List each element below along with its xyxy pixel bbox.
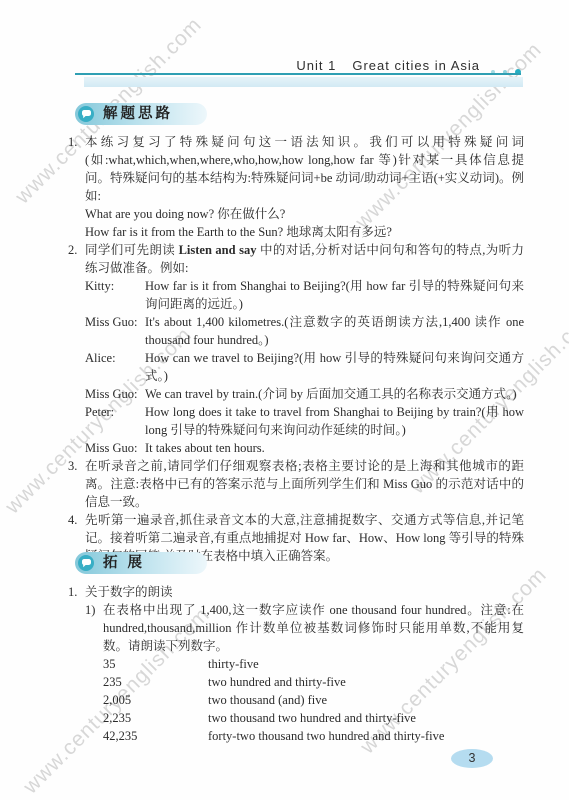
item-number: 4. xyxy=(68,511,77,529)
reading: thirty-five xyxy=(208,655,259,673)
list-item: 2. 同学们可先朗读 Listen and say 中的对话,分析对话中问句和答… xyxy=(68,241,524,457)
reading: two hundred and thirty-five xyxy=(208,673,346,691)
speech-bubble-icon xyxy=(78,106,94,122)
speech-bubble-icon xyxy=(78,555,94,571)
dialogue-line: It takes about ten hours. xyxy=(145,439,524,457)
unit-label: Unit 1 xyxy=(296,58,336,73)
page-number-badge: 3 xyxy=(451,749,493,768)
number-reading-row: 35 thirty-five xyxy=(103,655,524,673)
dialogue-speaker: Miss Guo: xyxy=(85,385,145,403)
dialogue-row: Alice: How can we travel to Beijing?(用 h… xyxy=(85,349,524,385)
section-badge-solving-ideas: 解题思路 xyxy=(75,103,207,125)
dialogue-row: Miss Guo: We can travel by train.(介词 by … xyxy=(85,385,524,403)
sub-item-text: 在表格中出现了 1,400,这一数字应读作 one thousand four … xyxy=(103,603,524,653)
item-text: 同学们可先朗读 xyxy=(85,243,179,257)
item-number: 2. xyxy=(68,241,77,259)
numeral: 42,235 xyxy=(103,727,208,745)
number-reading-row: 2,005 two thousand (and) five xyxy=(103,691,524,709)
section-expansion: 1. 关于数字的朗读 1) 在表格中出现了 1,400,这一数字应读作 one … xyxy=(68,583,524,745)
example-sentence: What are you doing now? 你在做什么? xyxy=(85,205,524,223)
item-number: 1. xyxy=(68,583,77,601)
list-item: 1. 本练习复习了特殊疑问句这一语法知识。我们可以用特殊疑问词(如:what,w… xyxy=(68,133,524,241)
dialogue-row: Miss Guo: It takes about ten hours. xyxy=(85,439,524,457)
dialogue-line: How long does it take to travel from Sha… xyxy=(145,403,524,439)
numeral: 2,235 xyxy=(103,709,208,727)
dialogue-speaker: Miss Guo: xyxy=(85,313,145,349)
book-page: { "header": { "unit": "Unit 1", "title":… xyxy=(0,0,569,800)
reading: two thousand two hundred and thirty-five xyxy=(208,709,416,727)
section-badge-expansion: 拓 展 xyxy=(75,552,207,574)
item-number: 3. xyxy=(68,457,77,475)
item-text: 在听录音之前,请同学们仔细观察表格;表格主要讨论的是上海和其他城市的距离。注意:… xyxy=(85,459,524,509)
list-item: 3. 在听录音之前,请同学们仔细观察表格;表格主要讨论的是上海和其他城市的距离。… xyxy=(68,457,524,511)
reading: forty-two thousand two hundred and thirt… xyxy=(208,727,444,745)
dialogue-line: It's about 1,400 kilometres.(注意数字的英语朗读方法… xyxy=(145,313,524,349)
dialogue-speaker: Miss Guo: xyxy=(85,439,145,457)
list-item: 1. 关于数字的朗读 1) 在表格中出现了 1,400,这一数字应读作 one … xyxy=(68,583,524,745)
running-header: Unit 1Great cities in Asia xyxy=(0,58,480,73)
dialogue-speaker: Alice: xyxy=(85,349,145,385)
item-number: 1. xyxy=(68,133,77,151)
number-reading-row: 2,235 two thousand two hundred and thirt… xyxy=(103,709,524,727)
section-solving-ideas: 1. 本练习复习了特殊疑问句这一语法知识。我们可以用特殊疑问词(如:what,w… xyxy=(68,133,524,565)
dialogue-line: How far is it from Shanghai to Beijing?(… xyxy=(145,277,524,313)
dialogue-line: How can we travel to Beijing?(用 how 引导的特… xyxy=(145,349,524,385)
dialogue-row: Kitty: How far is it from Shanghai to Be… xyxy=(85,277,524,313)
numeral: 35 xyxy=(103,655,208,673)
example-sentence: How far is it from the Earth to the Sun?… xyxy=(85,223,524,241)
dialogue-speaker: Peter: xyxy=(85,403,145,439)
header-band xyxy=(84,77,523,87)
reading: two thousand (and) five xyxy=(208,691,327,709)
sub-item-number: 1) xyxy=(85,601,95,619)
dialogue-row: Miss Guo: It's about 1,400 kilometres.(注… xyxy=(85,313,524,349)
section-title: 拓 展 xyxy=(103,552,145,574)
dialogue-row: Peter: How long does it take to travel f… xyxy=(85,403,524,439)
header-rule xyxy=(75,73,521,75)
sub-item: 1) 在表格中出现了 1,400,这一数字应读作 one thousand fo… xyxy=(85,601,524,745)
bold-phrase: Listen and say xyxy=(179,243,257,257)
item-text: 本练习复习了特殊疑问句这一语法知识。我们可以用特殊疑问词(如:what,whic… xyxy=(85,135,524,203)
number-reading-row: 235 two hundred and thirty-five xyxy=(103,673,524,691)
numeral: 2,005 xyxy=(103,691,208,709)
dialogue-line: We can travel by train.(介词 by 后面加交通工具的名称… xyxy=(145,385,524,403)
dialogue-speaker: Kitty: xyxy=(85,277,145,313)
unit-title: Great cities in Asia xyxy=(352,58,480,73)
number-reading-row: 42,235 forty-two thousand two hundred an… xyxy=(103,727,524,745)
item-text: 关于数字的朗读 xyxy=(85,585,173,599)
section-title: 解题思路 xyxy=(103,103,173,125)
numeral: 235 xyxy=(103,673,208,691)
